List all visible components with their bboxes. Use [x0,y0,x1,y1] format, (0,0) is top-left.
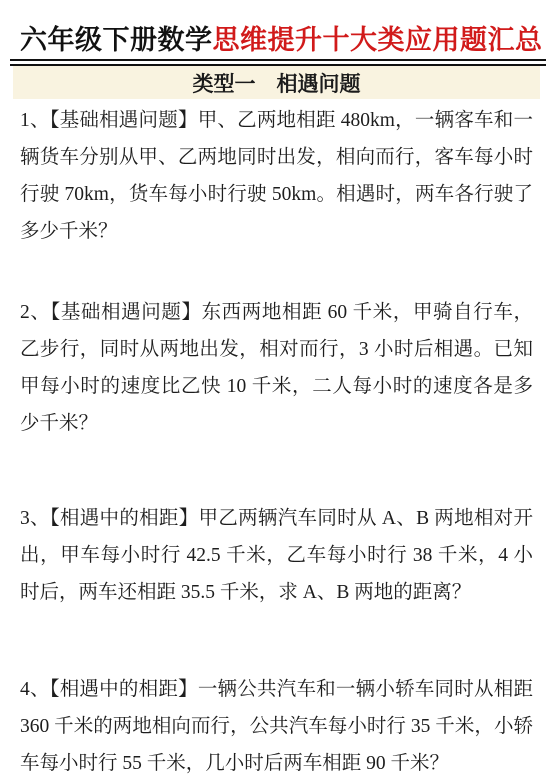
page-title-red-part: 思维提升十大类应用题汇总 [213,25,543,55]
problem-list: 1、【基础相遇问题】甲、乙两地相距 480km，一辆客车和一辆货车分别从甲、乙两… [20,102,533,782]
problem-item-1: 1、【基础相遇问题】甲、乙两地相距 480km，一辆客车和一辆货车分别从甲、乙两… [20,102,533,250]
section-heading: 类型一 相遇问题 [193,68,361,98]
section-heading-band: 类型一 相遇问题 [13,66,540,99]
title-double-underline [10,59,546,66]
problem-item-4: 4、【相遇中的相距】一辆公共汽车和一辆小轿车同时从相距 360 千米的两地相向而… [20,671,533,782]
problem-number: 1、 [20,110,50,131]
problem-tag: 【相遇中的相距】 [50,508,199,529]
problem-item-2: 2、【基础相遇问题】东西两地相距 60 千米，甲骑自行车，乙步行，同时从两地出发… [20,294,533,442]
problem-number: 4、 [20,679,50,700]
problem-tag: 【基础相遇问题】 [50,110,198,131]
page-title: 六年级下册数学思维提升十大类应用题汇总 [20,24,533,56]
problem-tag: 【基础相遇问题】 [50,302,201,323]
problem-number: 3、 [20,508,50,529]
worksheet-page: 六年级下册数学思维提升十大类应用题汇总 类型一 相遇问题 1、【基础相遇问题】甲… [0,0,553,782]
problem-number: 2、 [20,302,50,323]
problem-item-3: 3、【相遇中的相距】甲乙两辆汽车同时从 A、B 两地相对开出，甲车每小时行 42… [20,500,533,611]
problem-tag: 【相遇中的相距】 [50,679,198,700]
page-title-black-part: 六年级下册数学 [20,25,213,55]
